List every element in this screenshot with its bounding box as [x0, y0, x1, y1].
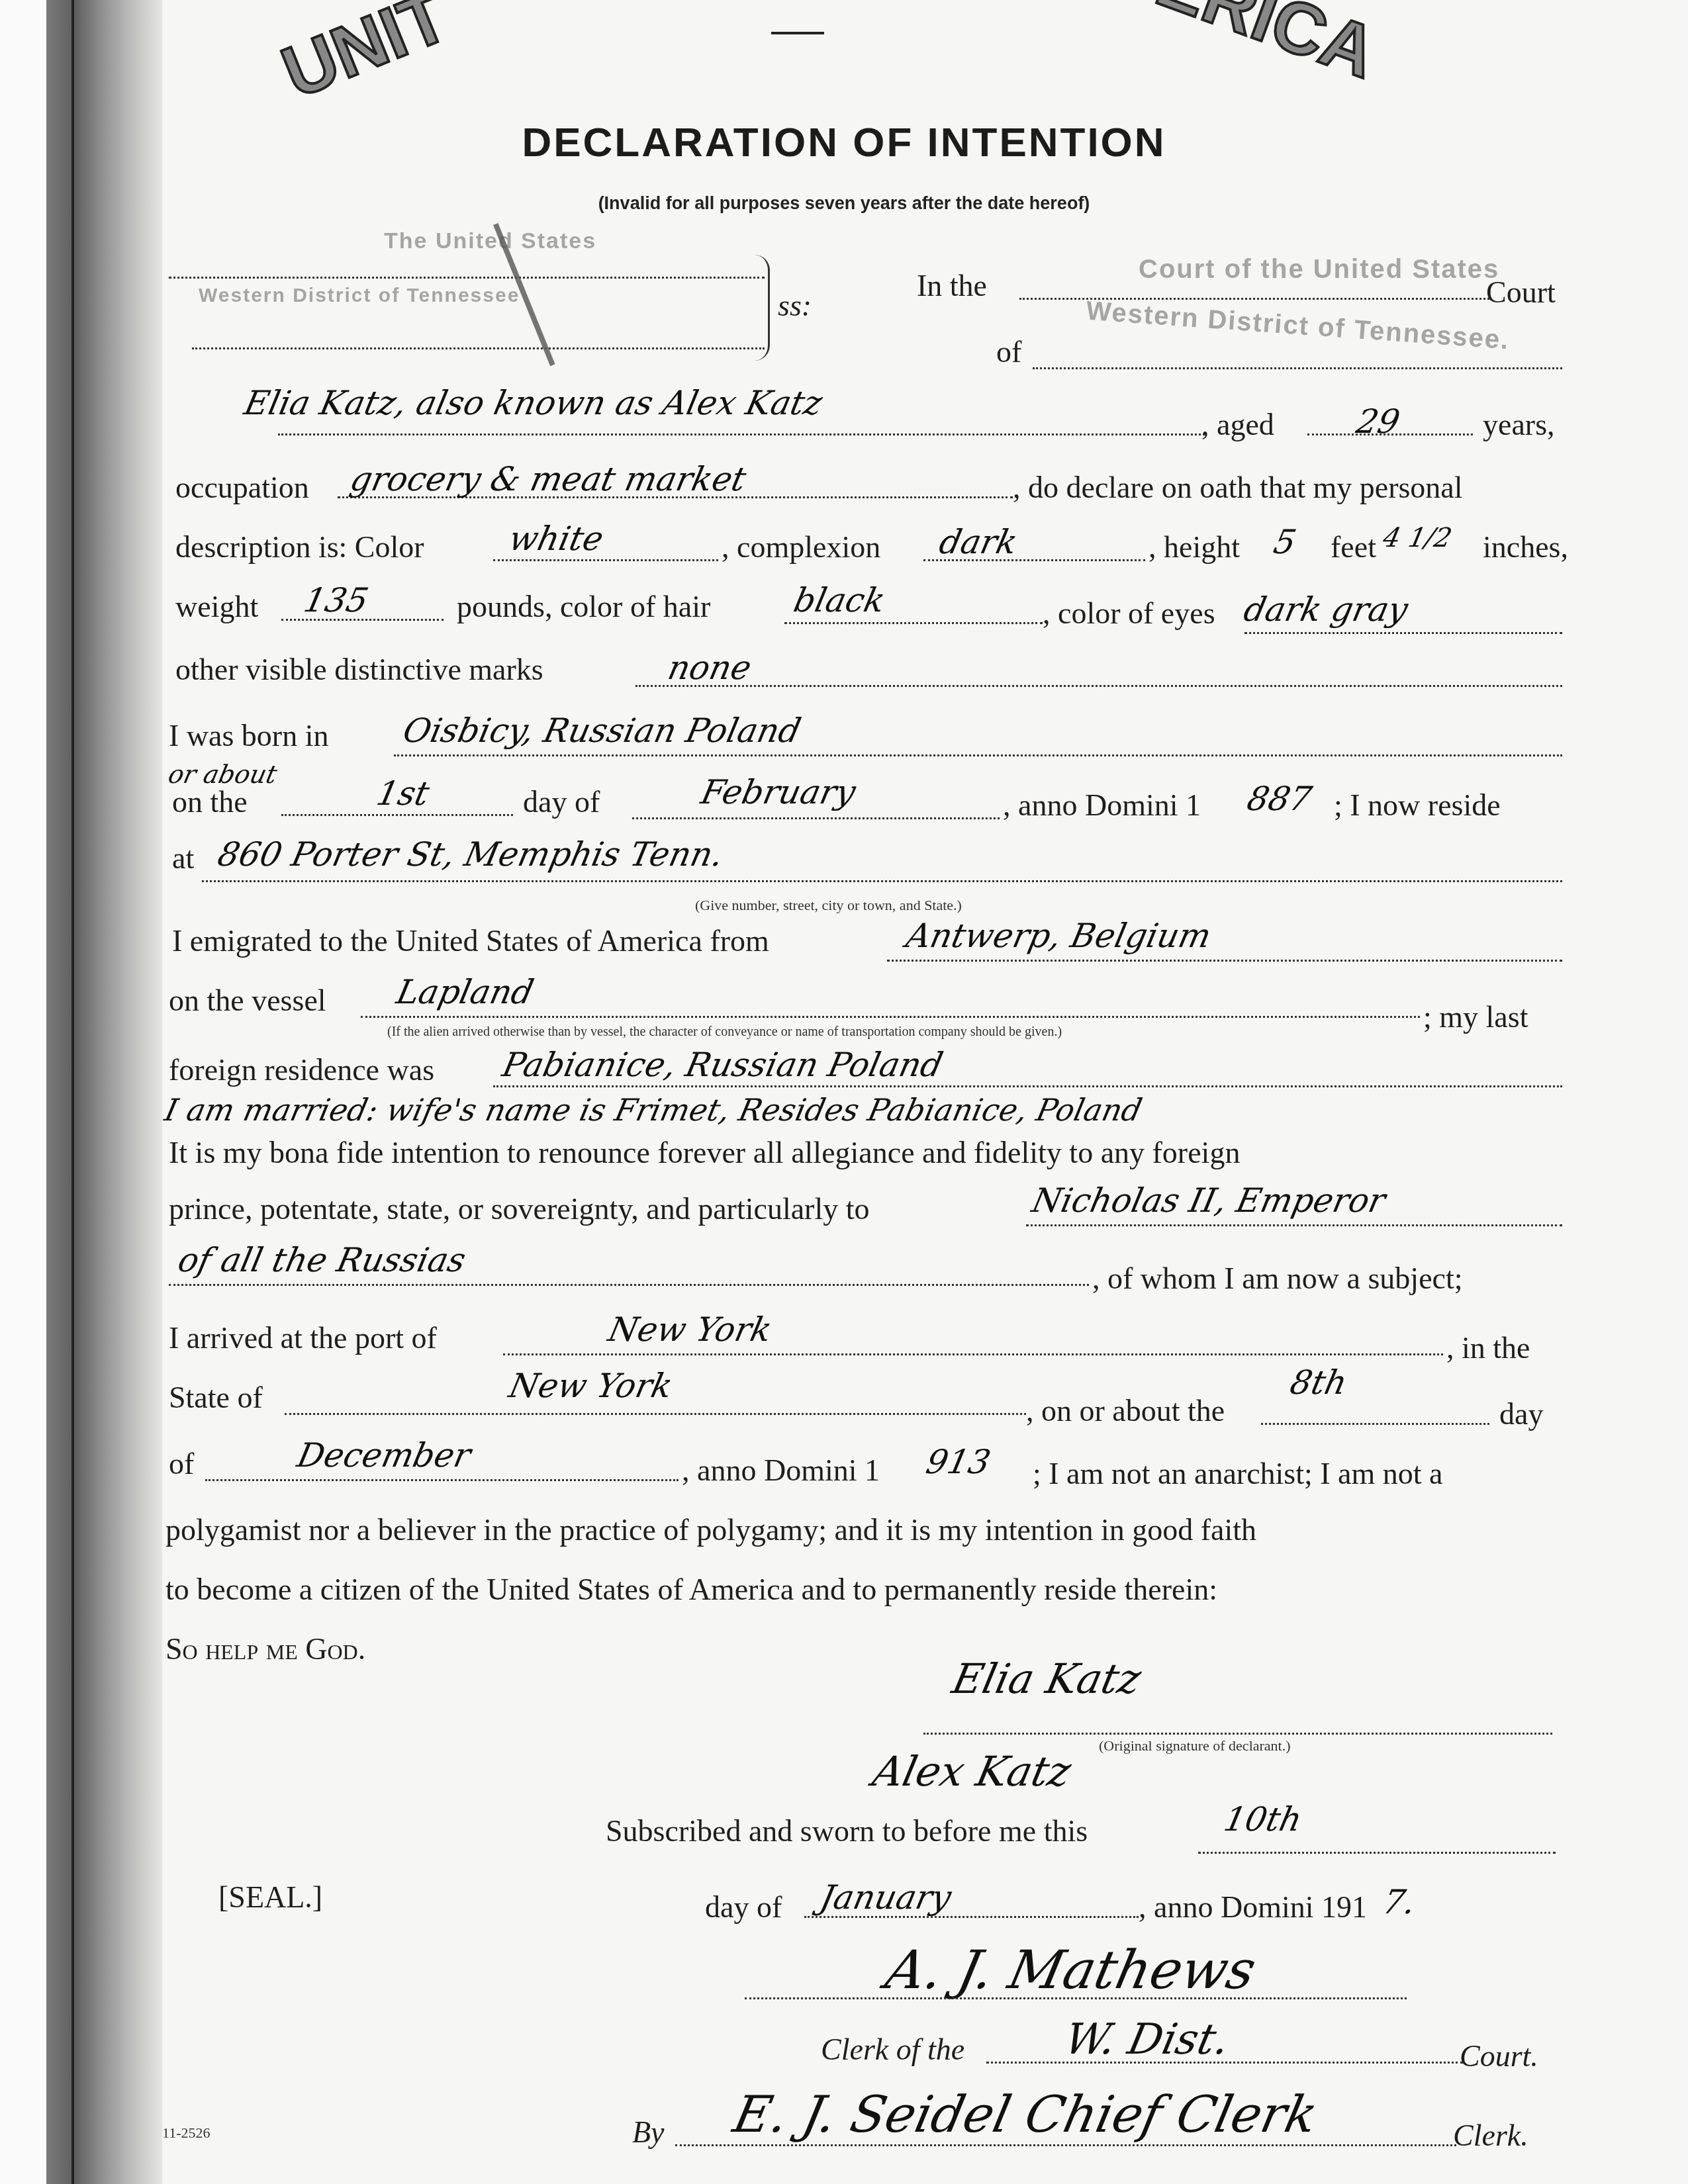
court-stamp: Court of the United States	[1139, 255, 1499, 285]
in-the-state-label: , in the	[1446, 1330, 1530, 1365]
port-field	[503, 1353, 1443, 1355]
feet-label: feet	[1331, 529, 1376, 565]
emigrated-label: I emigrated to the United States of Amer…	[172, 923, 769, 958]
day-label: day	[1499, 1396, 1543, 1432]
sworn-day-field	[1198, 1852, 1556, 1854]
on-the-label: on the	[172, 784, 248, 819]
arrival-anno-label: , anno Domini 1	[682, 1453, 880, 1488]
residence-hint: (Give number, street, city or town, and …	[695, 897, 962, 914]
state-field	[285, 1413, 1026, 1415]
deputy-signature[interactable]: E. J. Seidel Chief Clerk	[729, 2085, 1323, 2144]
arrival-month-field	[205, 1479, 679, 1481]
name-field	[278, 433, 1205, 435]
sovereign-line-2[interactable]: of all the Russias	[175, 1241, 469, 1279]
born-label: I was born in	[169, 718, 328, 753]
inches-label: inches,	[1483, 529, 1568, 565]
sworn-anno-label: , anno Domini 191	[1139, 1889, 1367, 1925]
complexion-label: , complexion	[722, 529, 880, 565]
clerk-of-label: Clerk of the	[821, 2032, 964, 2067]
sworn-day-of-label: day of	[705, 1889, 782, 1925]
occupation-label: occupation	[175, 470, 309, 505]
court-dot-label: Court.	[1460, 2038, 1538, 2073]
day-of-label: day of	[523, 784, 600, 819]
ss-label: ss:	[778, 288, 812, 323]
state-label: State of	[169, 1380, 263, 1415]
renunciation-line-2: prince, potentate, state, or sovereignty…	[169, 1191, 869, 1226]
vessel-label: on the vessel	[169, 983, 326, 1018]
venue-stamp-1: The United States	[384, 228, 596, 254]
sovereign-field-2	[169, 1284, 1089, 1286]
anarchist-label: ; I am not an anarchist; I am not a	[1033, 1456, 1443, 1491]
arrival-day-field	[1261, 1423, 1489, 1425]
declarant-age[interactable]: 29	[1353, 402, 1403, 441]
declarant-marks[interactable]: none	[665, 649, 755, 687]
oath-line-1: polygamist nor a believer in the practic…	[165, 1512, 1256, 1547]
declarant-eyes[interactable]: dark gray	[1241, 590, 1411, 629]
arc-title: UNIT ERICA	[0, 0, 1688, 126]
arrival-year[interactable]: 913	[923, 1443, 994, 1481]
court-label: Court	[1486, 275, 1556, 310]
subject-label: , of whom I am now a subject;	[1092, 1261, 1463, 1296]
clerk-court[interactable]: W. Dist.	[1060, 2015, 1234, 2064]
hair-field	[784, 622, 1043, 624]
birth-month[interactable]: February	[698, 773, 859, 811]
vessel-name[interactable]: Lapland	[393, 973, 537, 1011]
sworn-year[interactable]: 7.	[1380, 1883, 1419, 1921]
color-field	[493, 559, 718, 561]
declarant-weight[interactable]: 135	[301, 581, 372, 619]
venue-line-1	[169, 277, 765, 279]
birth-day-field	[281, 814, 513, 816]
about-label: , on or about the	[1026, 1393, 1225, 1428]
declarant-color[interactable]: white	[506, 520, 607, 558]
foreign-residence-field	[493, 1085, 1562, 1087]
venue-line-2	[192, 347, 765, 349]
residence-field	[202, 880, 1562, 882]
sovereign-line-1[interactable]: Nicholas II, Emperor	[1029, 1181, 1389, 1220]
page-edge	[0, 0, 46, 2184]
birth-day[interactable]: 1st	[373, 774, 433, 813]
emigrated-from-field	[887, 960, 1562, 962]
arrival-month[interactable]: December	[294, 1436, 475, 1475]
pounds-label: pounds, color of hair	[457, 589, 710, 624]
birthplace[interactable]: Oisbicy, Russian Poland	[400, 711, 804, 750]
reside-label: ; I now reside	[1334, 788, 1501, 823]
aged-label: , aged	[1201, 407, 1274, 442]
declarant-signature-field	[923, 1733, 1552, 1735]
marks-label: other visible distinctive marks	[175, 652, 543, 687]
sworn-month[interactable]: January	[817, 1878, 955, 1917]
eyes-label: , color of eyes	[1043, 596, 1215, 631]
last-label: ; my last	[1423, 999, 1528, 1034]
married-note[interactable]: I am married: wife's name is Frimet, Res…	[162, 1092, 1145, 1128]
seal-label: [SEAL.]	[218, 1880, 322, 1915]
clerk-signature[interactable]: A. J. Mathews	[880, 1939, 1261, 2001]
by-label: By	[632, 2115, 665, 2150]
oath-closing: So help me God.	[165, 1631, 365, 1666]
venue-brace	[755, 255, 770, 361]
emigrated-from[interactable]: Antwerp, Belgium	[903, 917, 1215, 955]
arrival-of-label: of	[169, 1446, 194, 1481]
binding-shadow	[46, 0, 162, 2184]
renunciation-line-1: It is my bona fide intention to renounce…	[169, 1135, 1240, 1170]
birthplace-field	[394, 754, 1562, 756]
marks-field	[635, 685, 1562, 687]
sworn-day[interactable]: 10th	[1221, 1800, 1305, 1839]
at-label: at	[172, 841, 194, 876]
arrival-port[interactable]: New York	[605, 1310, 775, 1349]
declarant-name[interactable]: Elia Katz, also known as Alex Katz	[241, 384, 826, 422]
declarant-hair[interactable]: black	[790, 581, 888, 619]
birth-year[interactable]: 887	[1244, 780, 1315, 818]
venue-stamp-2: Western District of Tennessee	[199, 285, 520, 307]
declarant-signature[interactable]: Elia Katz	[948, 1655, 1145, 1703]
sworn-label: Subscribed and sworn to before me this	[606, 1813, 1088, 1848]
top-rule	[771, 32, 824, 34]
district-stamp: Western District of Tennessee.	[1085, 296, 1510, 356]
foreign-residence[interactable]: Pabianice, Russian Poland	[499, 1046, 947, 1084]
arrival-state[interactable]: New York	[506, 1367, 676, 1405]
alias-signature[interactable]: Alex Katz	[868, 1747, 1075, 1796]
declarant-height-feet[interactable]: 5	[1270, 523, 1299, 561]
arc-title-graphic: UNIT ERICA	[0, 0, 1688, 126]
sovereign-field-1	[1026, 1224, 1562, 1226]
declarant-occupation[interactable]: grocery & meat market	[347, 460, 749, 498]
clerk-court-field	[986, 2062, 1463, 2064]
birth-anno-label: , anno Domini 1	[1003, 788, 1201, 823]
eyes-field	[1244, 632, 1562, 634]
description-label: description is: Color	[175, 529, 424, 565]
document-subtitle: (Invalid for all purposes seven years af…	[0, 193, 1688, 214]
height-label: , height	[1149, 529, 1240, 565]
declarant-signature-hint: (Original signature of declarant.)	[1099, 1737, 1291, 1754]
of-label: of	[996, 334, 1021, 369]
declarant-complexion[interactable]: dark	[936, 523, 1021, 561]
document-title: DECLARATION OF INTENTION	[0, 119, 1688, 166]
district-field[interactable]	[1033, 367, 1562, 369]
deputy-signature-field	[675, 2144, 1456, 2146]
clerk-signature-field	[745, 1997, 1407, 1999]
arc-title-left: UNIT	[271, 0, 459, 114]
arrival-day[interactable]: 8th	[1287, 1363, 1350, 1402]
declarant-height-inches[interactable]: 4 1/2	[1380, 523, 1454, 553]
vessel-field	[361, 1016, 1420, 1018]
binding-line	[71, 0, 74, 2184]
weight-label: weight	[175, 589, 258, 624]
foreign-residence-label: foreign residence was	[169, 1052, 434, 1087]
clerk-dot-label: Clerk.	[1453, 2118, 1528, 2153]
arc-title-right: ERICA	[1147, 0, 1387, 93]
birth-month-field	[632, 817, 1000, 819]
years-label: years,	[1483, 407, 1555, 442]
oath-text: , do declare on oath that my personal	[1013, 470, 1463, 505]
vessel-hint: (If the alien arrived otherwise than by …	[387, 1024, 1062, 1040]
form-number: 11-2526	[162, 2124, 211, 2142]
in-the-label: In the	[917, 268, 987, 303]
oath-line-2: to become a citizen of the United States…	[165, 1572, 1217, 1607]
port-label: I arrived at the port of	[169, 1320, 437, 1355]
residence[interactable]: 860 Porter St, Memphis Tenn.	[214, 835, 727, 874]
